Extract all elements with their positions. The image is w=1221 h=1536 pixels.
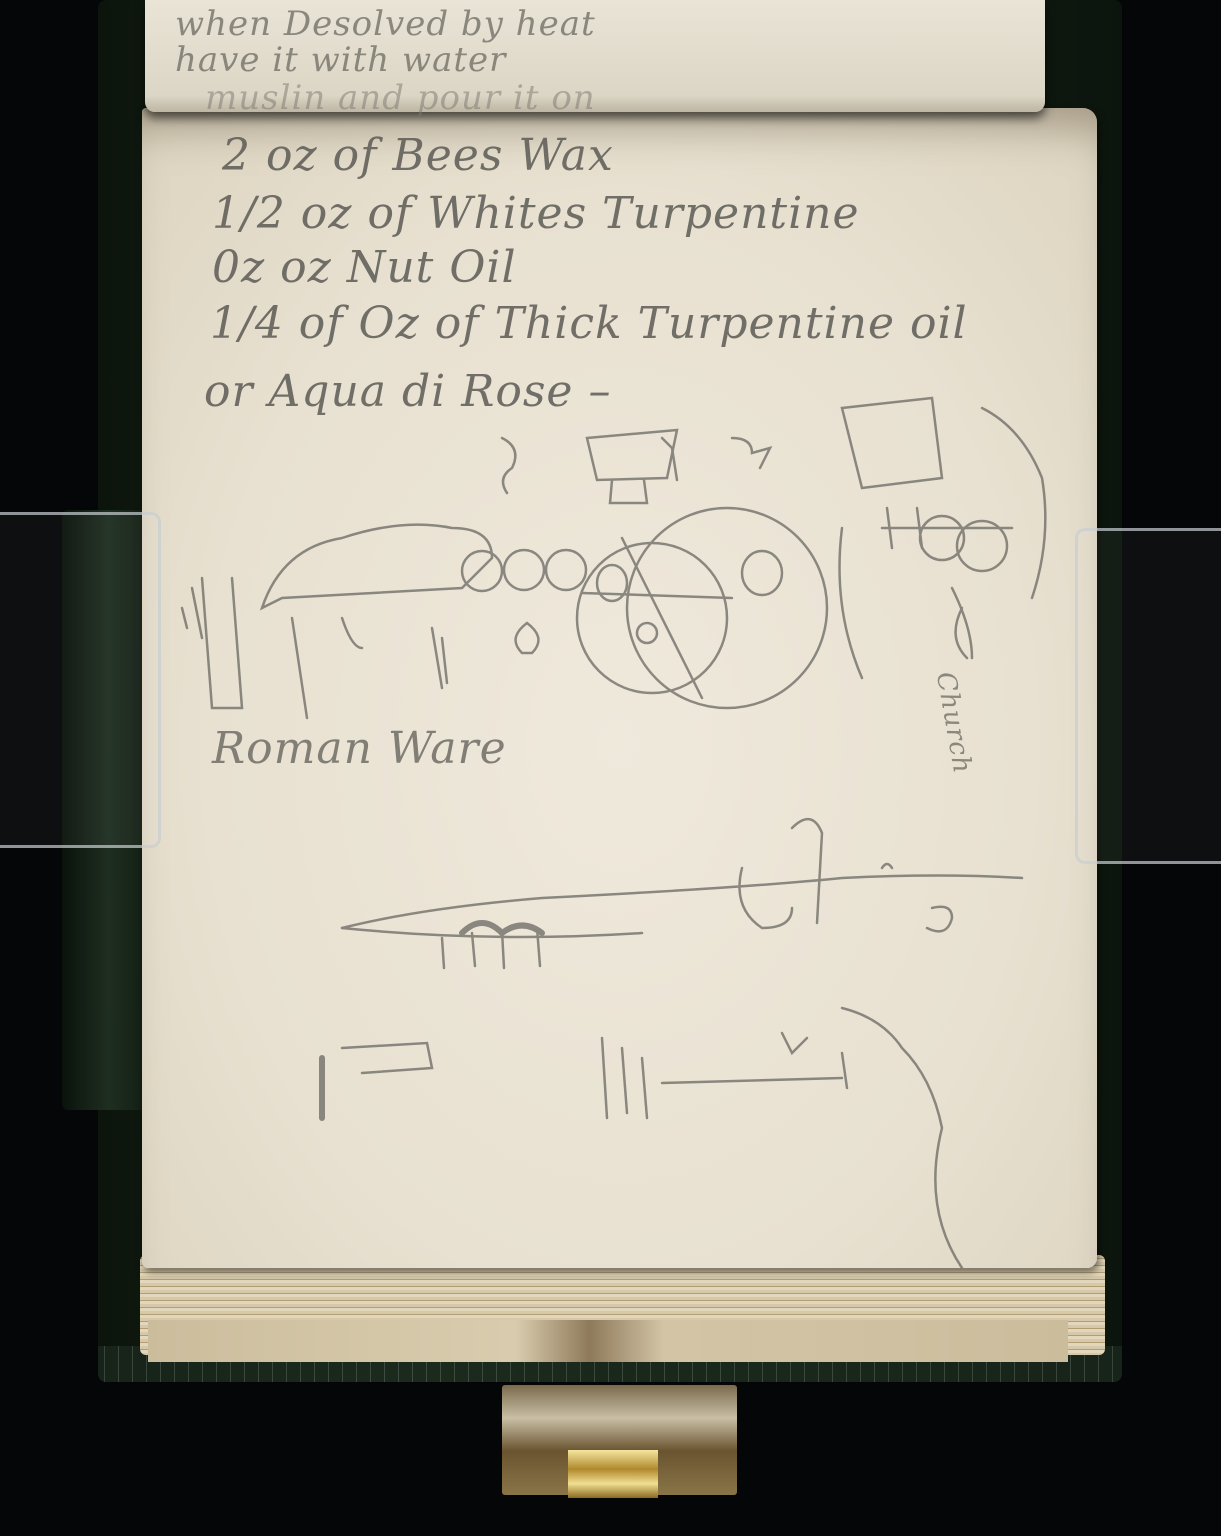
sketchbook-page: 2 oz of Bees Wax 1/2 oz of Whites Turpen… — [142, 108, 1097, 1268]
top-page-line-3: muslin and pour it on — [205, 78, 596, 118]
brass-clasp-band — [568, 1450, 658, 1498]
top-page-line-1: when Desolved by heat — [175, 4, 596, 44]
left-page-clip — [0, 512, 161, 848]
previous-page-flap: when Desolved by heat have it with water… — [145, 0, 1045, 112]
roman-ware-label: Roman Ware — [212, 723, 507, 774]
right-page-clip — [1075, 528, 1221, 864]
top-page-line-2: have it with water — [175, 40, 506, 80]
page-stack-base — [148, 1320, 1068, 1362]
